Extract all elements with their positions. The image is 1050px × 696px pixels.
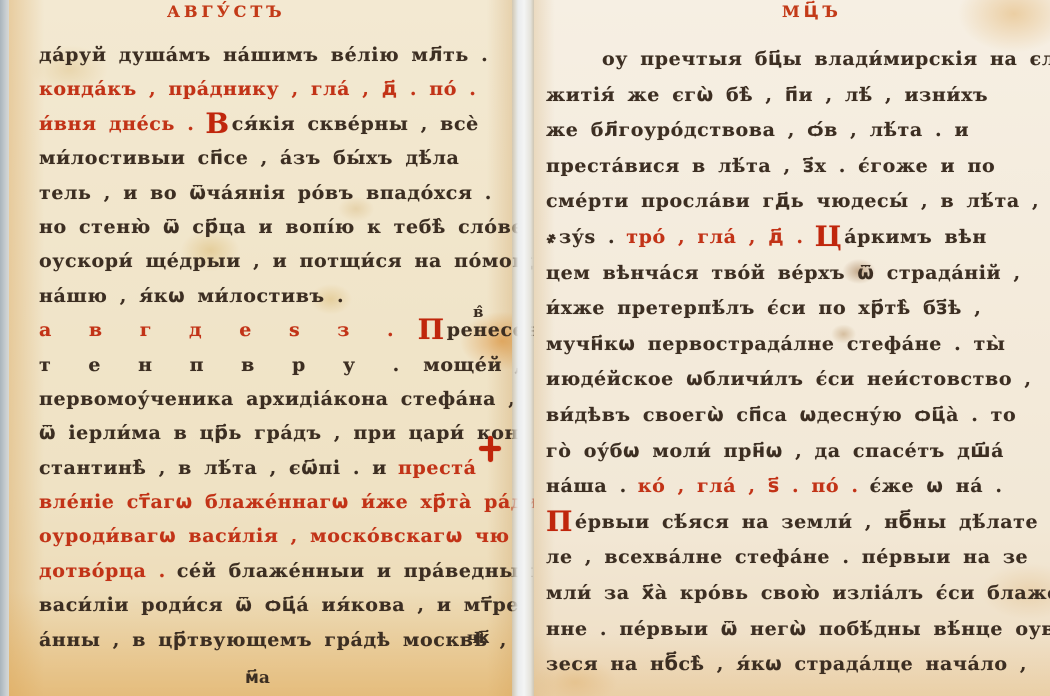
text-segment: васи́ліи роди́ся ѿ ѻц҃а́ ия́кова , и мт҃… [39,594,519,616]
text-line: мли́ за х҃а̀ кро́вь свою̀ изліа́лъ є́си … [546,576,1042,612]
text-line: нне . пе́рвыи ѿ негѡ̀ побѣ́дны вѣ́нце оу… [546,612,1042,648]
text-line: вле́ніе ст҃агѡ блаже́ннагѡ и́же хр҃та̀ р… [39,485,511,519]
text-segment: оу пречтыя бц҃ы влади́мирскія на єлохо́в… [602,48,1050,70]
text-segment: ҂зу́ѕ . [546,226,615,248]
initial-letter: В [205,107,229,140]
text-segment: оускори́ ще́дрыи , и потщи́ся на по́мощь [39,250,547,272]
folio-signature: м҃а [245,668,270,688]
photo-left-edge [0,0,9,696]
text-segment: вле́ніе ст҃агѡ блаже́ннагѡ и́же хр҃та̀ р… [39,491,539,513]
text-line: го̀ оу́бѡ моли́ прн҃ѡ , да спасе́тъ дш҃а… [546,434,1042,470]
initial-letter: П [418,313,445,346]
text-segment: июде́йское ѡбличи́лъ є́си неи́стовство , [546,368,1032,390]
text-segment: же бл҃гоуро́дствова , ѻ́в , лѣ́та . и [546,119,969,141]
text-segment: преста́ [398,457,477,479]
text-segment: цем вѣнча́ся тво́й ве́рхъ ѿ страда́ній , [546,262,1021,284]
text-line: дотво́рца .се́й блаже́нныи и пра́ведныи [39,554,511,588]
right-page: мц҃ъ оу пречтыя бц҃ы влади́мирскія на єл… [534,0,1050,696]
text-line: цем вѣнча́ся тво́й ве́рхъ ѿ страда́ній , [546,256,1042,292]
text-segment: а в г д е ѕ з . [39,319,407,341]
open-book-photo: авгу́стъ да́руй душа́мъ на́шимъ ве́лію м… [0,0,1050,696]
text-line: ле , всехва́лне стефа́не . пе́рвыи на зе [546,540,1042,576]
text-segment: и́вня дне́сь . [39,113,194,135]
text-segment: ся́кія скве́рны , всѐ [232,113,479,135]
text-segment: ле , всехва́лне стефа́не . пе́рвыи на зе [546,546,1028,568]
text-segment: тель , и во ѿча́янія ро́въ впадо́хся . [39,182,492,204]
text-line: зеся на нб҃сѣ̀ , я́кѡ страда́лце нача́ло… [546,647,1042,683]
text-line: оуроди́вагѡ васи́лія , моско́вскагѡ чю [39,519,511,553]
text-segment: но стеню̀ ѿ ср҃ца и вопі́ю к тебѣ̀ сло́в… [39,216,544,238]
left-page-header: авгу́стъ [167,2,286,21]
text-segment: е́рвыи сѣ́яся на земли́ , нб҃ны дѣ́лате [575,511,1038,533]
text-segment: т е н п в р у . [39,354,412,376]
text-line: да́руй душа́мъ на́шимъ ве́лію мл҃ть . [39,38,511,72]
text-line: первомоу́ченика архидіа́кона стефа́на , [39,382,511,416]
text-line: васи́ліи роди́ся ѿ ѻц҃а́ ия́кова , и мт҃… [39,588,511,622]
text-line: и́вня дне́сь .Вся́кія скве́рны , всѐ [39,107,511,141]
text-segment: конда́къ , пра́днику , гла́ , д҃ . по́ . [39,78,477,100]
text-segment: ѿ іерли́ма в цр҃ь гра́дъ , при цари́ кон [39,422,519,444]
right-page-header: мц҃ъ [782,2,842,21]
text-segment: се́й блаже́нныи и пра́ведныи [177,560,534,582]
left-margin-note: в̂ [473,303,483,321]
book-gutter [512,0,534,696]
text-segment: є́же ѡ на́ . [870,475,1003,497]
text-line: июде́йское ѡбличи́лъ є́си неи́стовство , [546,362,1042,398]
text-line: стантинѣ̀ , в лѣ́та , єѡ҃пі . ипреста́ [39,451,511,485]
text-segment: ви́дѣвъ своегѡ̀ сп҃са ѡдесну́ю ѻц҃а̀ . т… [546,404,1016,426]
text-segment: преста́вися в лѣ́та , з҃х . є́гоже и по [546,155,995,177]
text-line: т е н п в р у .моще́й , ст҃агѡ [39,348,511,382]
text-segment: дотво́рца . [39,560,166,582]
text-line: ви́дѣвъ своегѡ̀ сп҃са ѡдесну́ю ѻц҃а̀ . т… [546,398,1042,434]
text-segment: оуроди́вагѡ васи́лія , моско́вскагѡ чю [39,525,510,547]
text-line: на́ша .ко́ , гла́ , ѕ҃ . по́ .є́же ѡ на́… [546,469,1042,505]
initial-letter: П [546,505,573,538]
text-line: на́шю , я́кѡ ми́лостивъ . [39,279,511,313]
text-line: конда́къ , пра́днику , гла́ , д҃ . по́ . [39,72,511,106]
text-segment: стантинѣ̀ , в лѣ́та , єѡ҃пі . и [39,457,387,479]
text-segment: ми́лостивыи сп҃се , а́зъ бы́хъ дѣ́ла [39,147,459,169]
left-page: авгу́стъ да́руй душа́мъ на́шимъ ве́лію м… [9,0,512,696]
right-page-text: оу пречтыя бц҃ы влади́мирскія на єлохо́в… [546,42,1042,683]
text-segment: и́хже претерпѣ́лъ є́си по хр҃тѣ̀ бз҃ѣ , [546,297,981,319]
text-line: а в г д е ѕ з .Пренесе́ніе чтны́хъ [39,313,511,347]
text-segment: да́руй душа́мъ на́шимъ ве́лію мл҃ть . [39,44,488,66]
left-page-text: да́руй душа́мъ на́шимъ ве́лію мл҃ть .кон… [39,38,511,657]
text-segment: мли́ за х҃а̀ кро́вь свою̀ изліа́лъ є́си … [546,582,1050,604]
text-segment: на́шю , я́кѡ ми́лостивъ . [39,285,344,307]
text-line: а́нны , в цр҃твующемъ гра́дѣ москвѣ̀ , [39,623,511,657]
text-segment: зеся на нб҃сѣ̀ , я́кѡ страда́лце нача́ло… [546,653,1027,675]
text-line: Пе́рвыи сѣ́яся на земли́ , нб҃ны дѣ́лате [546,505,1042,541]
text-line: тель , и во ѿча́янія ро́въ впадо́хся . [39,176,511,210]
text-segment: житія́ же єгѡ̀ бѣ̀ , п҃и , лѣ́ , изни́хъ [546,84,988,106]
text-line: сме́рти просла́ви гд҃ь чюдесы́ , в лѣ́та… [546,184,1042,220]
text-segment: тро́ , гла́ , д҃ . [626,226,803,248]
text-line: житія́ же єгѡ̀ бѣ̀ , п҃и , лѣ́ , изни́хъ [546,78,1042,114]
text-segment: первомоу́ченика архидіа́кона стефа́на , [39,388,516,410]
red-cross-ornament-icon [479,436,501,462]
text-segment: на́ша . [546,475,627,497]
text-line: оускори́ ще́дрыи , и потщи́ся на по́мощь [39,244,511,278]
text-segment: а́нны , в цр҃твующемъ гра́дѣ москвѣ̀ , [39,629,507,651]
initial-letter: Ц [815,220,843,253]
text-segment: мучн҃кѡ первострада́лне стефа́не . ты̀ [546,333,1006,355]
text-line: оу пречтыя бц҃ы влади́мирскія на єлохо́в… [546,42,1042,78]
text-line: же бл҃гоуро́дствова , ѻ́в , лѣ́та . и [546,113,1042,149]
text-line: преста́вися в лѣ́та , з҃х . є́гоже и по [546,149,1042,185]
text-line: но стеню̀ ѿ ср҃ца и вопі́ю к тебѣ̀ сло́в… [39,210,511,244]
text-segment: нне . пе́рвыи ѿ негѡ̀ побѣ́дны вѣ́нце оу… [546,618,1050,640]
text-line: ҂зу́ѕ .тро́ , гла́ , д҃ .Ца́ркимъ вѣн [546,220,1042,256]
text-segment: сме́рти просла́ви гд҃ь чюдесы́ , в лѣ́та… [546,190,1039,212]
text-line: и́хже претерпѣ́лъ є́си по хр҃тѣ̀ бз҃ѣ , [546,291,1042,327]
text-line: ми́лостивыи сп҃се , а́зъ бы́хъ дѣ́ла [39,141,511,175]
text-line: мучн҃кѡ первострада́лне стефа́не . ты̀ [546,327,1042,363]
catchword: чк҃ [467,628,490,647]
text-line: ѿ іерли́ма в цр҃ь гра́дъ , при цари́ кон [39,416,511,450]
text-segment: го̀ оу́бѡ моли́ прн҃ѡ , да спасе́тъ дш҃а… [546,440,1004,462]
text-segment: ко́ , гла́ , ѕ҃ . по́ . [638,475,859,497]
text-segment: а́ркимъ вѣн [844,226,987,248]
